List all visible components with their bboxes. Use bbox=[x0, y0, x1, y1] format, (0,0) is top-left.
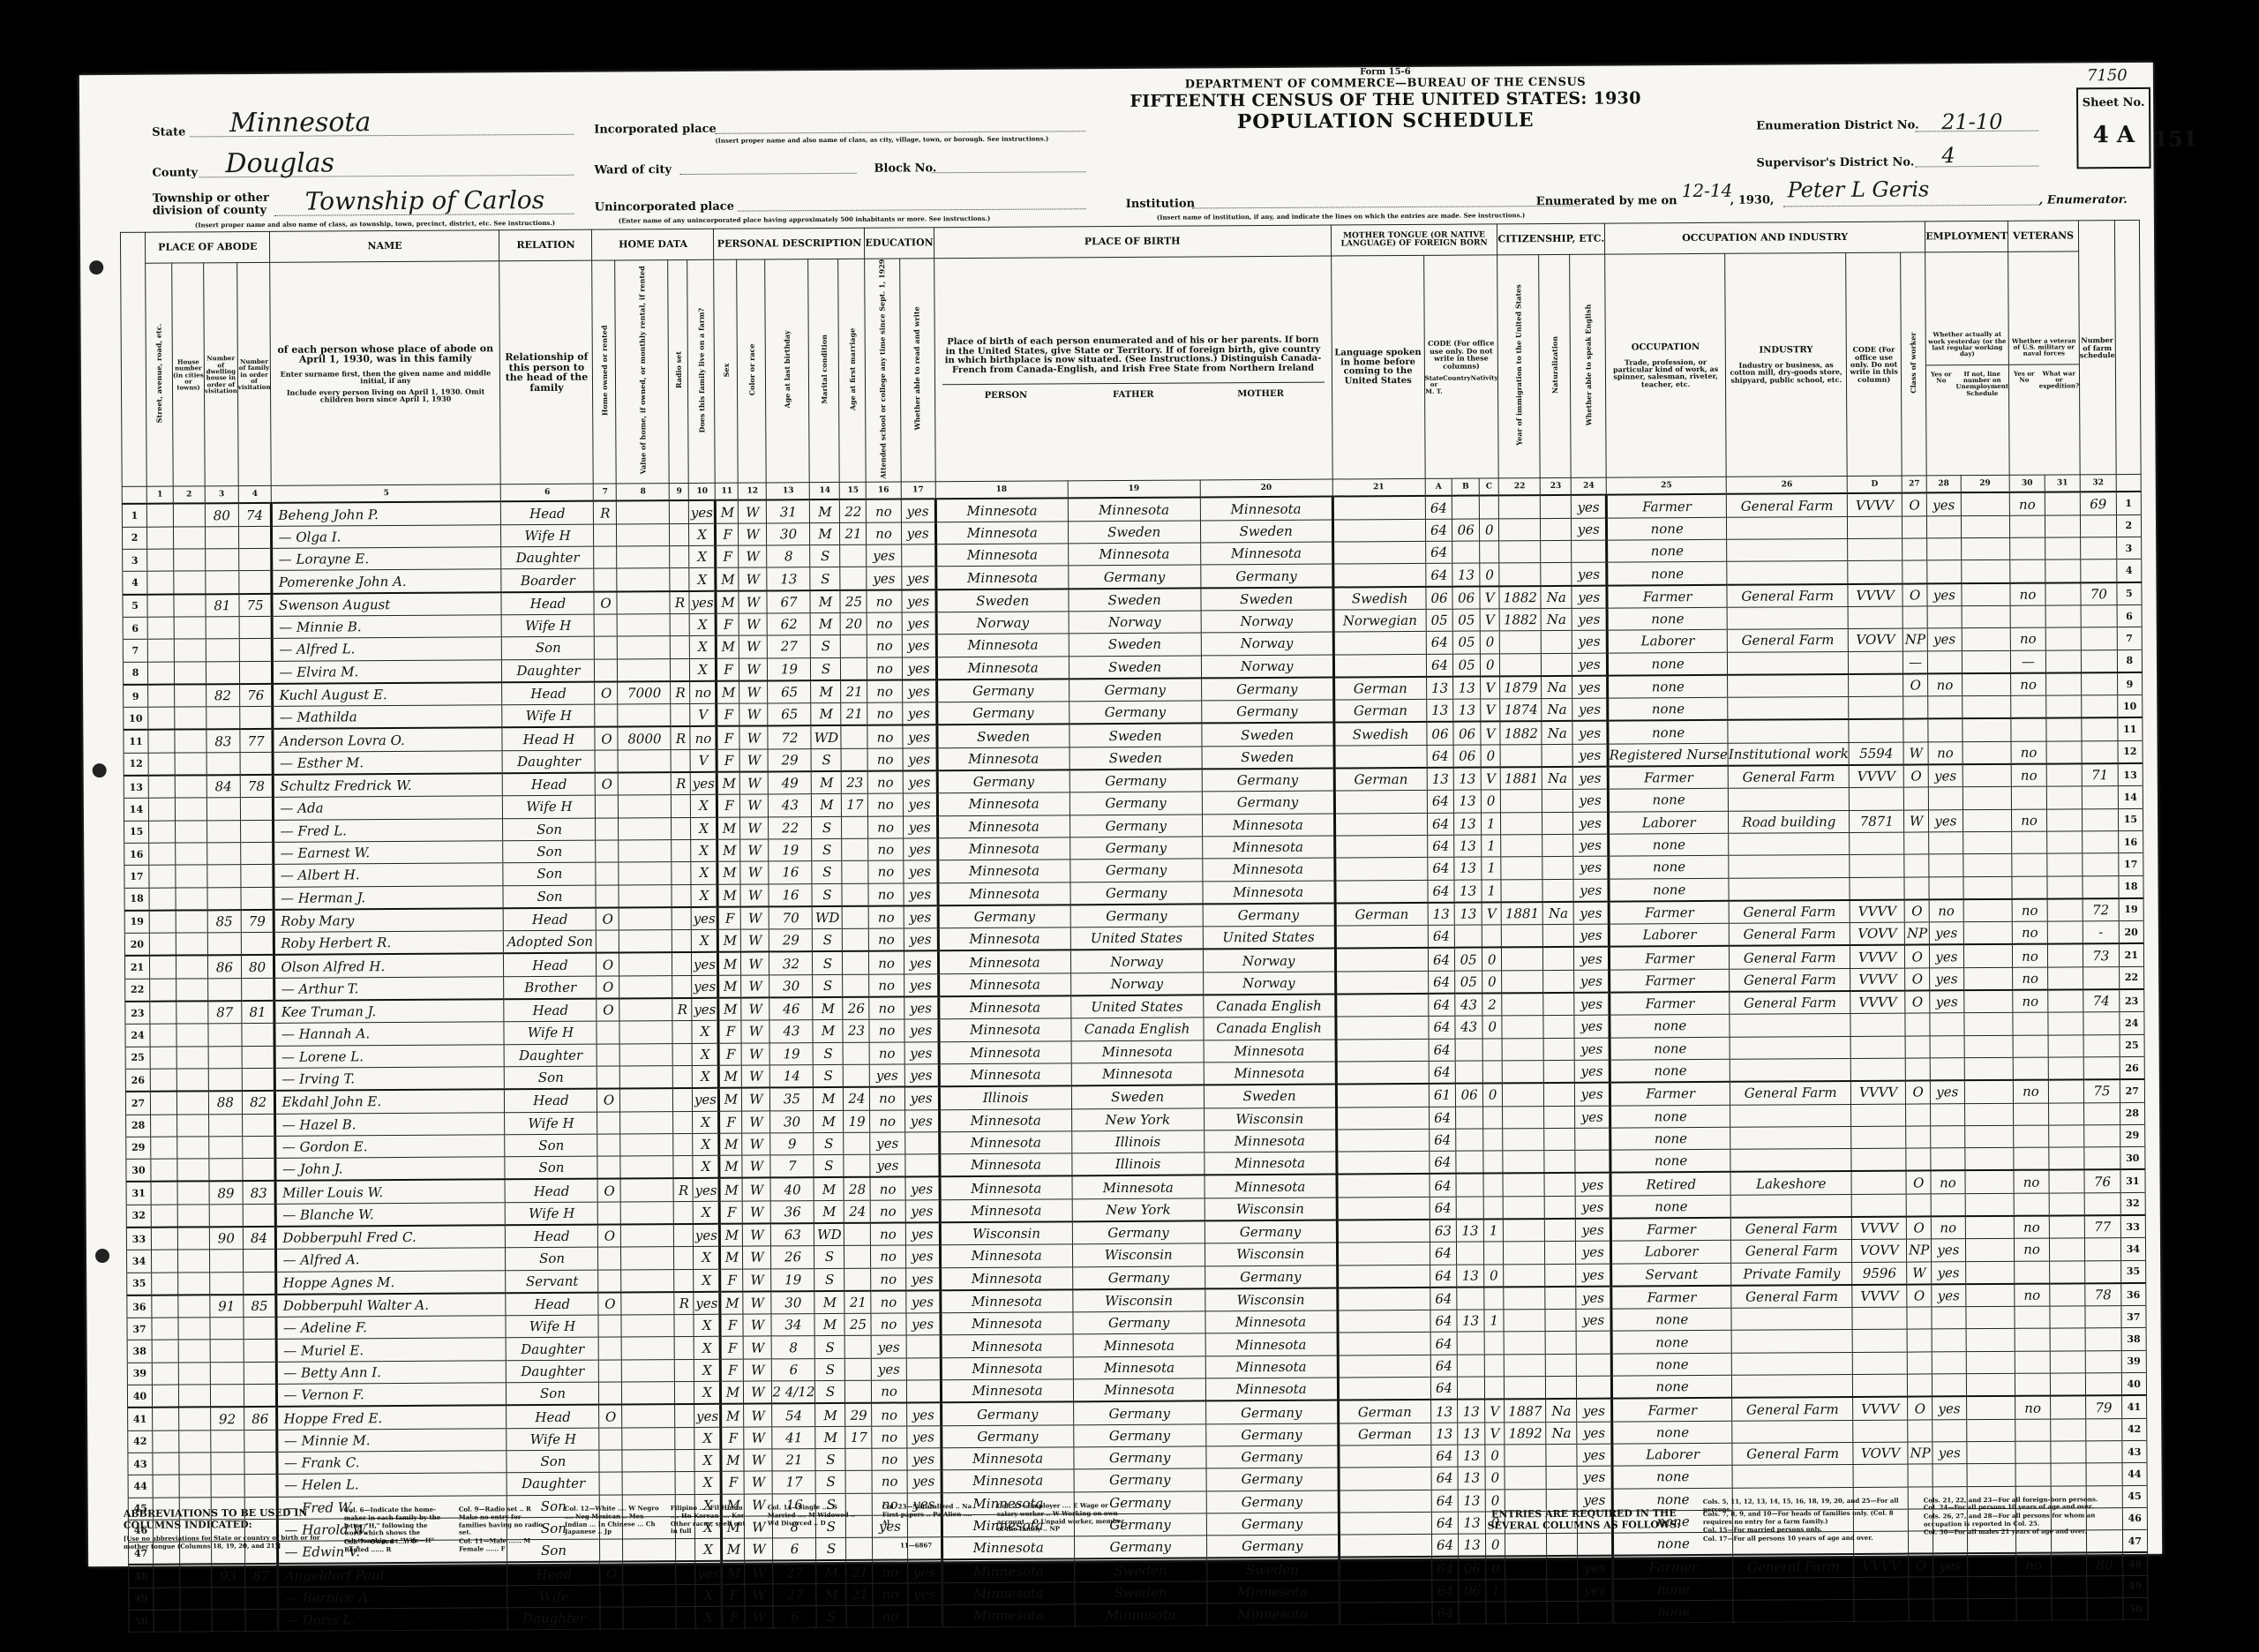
war bbox=[2049, 1238, 2084, 1261]
mother-tongue bbox=[1333, 632, 1426, 655]
father-birth-header: FATHER bbox=[1069, 391, 1197, 401]
relation: Daughter bbox=[502, 659, 595, 682]
code-b: 13 bbox=[1454, 857, 1482, 879]
at-work bbox=[1929, 876, 1963, 899]
census-schedule-page: State Minnesota County Douglas Township … bbox=[79, 63, 2162, 1566]
unemployment-line bbox=[1963, 990, 2013, 1013]
war bbox=[2050, 1260, 2085, 1283]
unemployment-line bbox=[1964, 1147, 2014, 1170]
naturalization: Na bbox=[1542, 676, 1572, 699]
industry-code bbox=[1851, 1126, 1906, 1149]
dwelling-number bbox=[210, 1385, 244, 1408]
family-number bbox=[239, 707, 273, 730]
read-write: yes bbox=[901, 522, 935, 545]
at-work: yes bbox=[1933, 1397, 1967, 1420]
code-c bbox=[1482, 1106, 1503, 1128]
unemployment-line bbox=[1964, 1125, 2014, 1148]
corner-number: 7150 bbox=[2087, 66, 2128, 85]
line-number: 14 bbox=[124, 799, 148, 821]
radio-set bbox=[670, 500, 689, 523]
radio-set bbox=[675, 1404, 694, 1427]
house-cell bbox=[177, 1182, 209, 1205]
naturalization bbox=[1541, 518, 1572, 541]
birthplace-father: Germany bbox=[1069, 769, 1202, 792]
veteran bbox=[2011, 695, 2046, 718]
line-number-right: 33 bbox=[2120, 1215, 2145, 1238]
code-b bbox=[1456, 1129, 1483, 1151]
person-name: — Adeline F. bbox=[276, 1316, 506, 1340]
industry-code: VVVV bbox=[1847, 493, 1902, 516]
birthplace-father: Minnesota bbox=[1073, 1378, 1205, 1402]
relation: Head bbox=[503, 773, 596, 796]
war bbox=[2046, 695, 2082, 718]
code-b: 06 bbox=[1453, 745, 1481, 768]
person-name: Kuchl August E. bbox=[273, 682, 502, 706]
attended-school: no bbox=[873, 1470, 907, 1493]
read-write: yes bbox=[902, 589, 936, 612]
code-a: 64 bbox=[1425, 519, 1452, 541]
home-owned bbox=[600, 1585, 623, 1607]
family-number bbox=[242, 1046, 275, 1069]
age-at-marriage bbox=[842, 816, 868, 838]
birthplace-person: Minnesota bbox=[942, 1447, 1074, 1470]
street-cell bbox=[150, 1092, 176, 1115]
age: 40 bbox=[770, 1178, 814, 1201]
home-owned: O bbox=[594, 591, 617, 614]
mother-tongue bbox=[1339, 1445, 1431, 1468]
house-cell bbox=[174, 549, 206, 572]
column-number: B bbox=[1452, 478, 1479, 496]
dwelling-number: 80 bbox=[205, 504, 238, 527]
home-owned: O bbox=[599, 1405, 622, 1428]
naturalization bbox=[1542, 879, 1573, 902]
code-a: 64 bbox=[1428, 880, 1455, 903]
table-body: 18074Beheng John P.HeadRyesMW31M22noyesM… bbox=[122, 492, 2148, 1632]
code-a: 64 bbox=[1427, 813, 1454, 835]
marital-status: S bbox=[815, 1358, 845, 1381]
class-of-worker bbox=[1907, 1352, 1932, 1374]
dwelling-number bbox=[207, 843, 241, 866]
birthplace-mother: Germany bbox=[1206, 1445, 1339, 1468]
street-cell bbox=[148, 730, 175, 753]
race: W bbox=[744, 1381, 772, 1404]
family-number bbox=[238, 526, 272, 549]
house-cell bbox=[174, 571, 206, 594]
house-cell bbox=[176, 820, 207, 843]
code-c: 0 bbox=[1481, 745, 1501, 768]
naturalization bbox=[1545, 1287, 1576, 1310]
line-number: 1 bbox=[122, 504, 146, 527]
class-of-worker: O bbox=[1904, 899, 1929, 922]
home-owned bbox=[596, 885, 619, 908]
speaks-english: yes bbox=[1573, 856, 1609, 879]
industry: General Farm bbox=[1731, 1217, 1852, 1241]
at-work: yes bbox=[1930, 990, 1964, 1013]
attended-school: yes bbox=[872, 1358, 906, 1381]
column-number: 18 bbox=[935, 481, 1068, 499]
enumerated-year: , 1930, bbox=[1730, 193, 1775, 206]
age: 49 bbox=[769, 771, 812, 794]
family-number: 83 bbox=[243, 1181, 276, 1204]
marital-status: S bbox=[814, 1155, 844, 1178]
relation: Boarder bbox=[501, 569, 594, 592]
birthplace-person: Minnesota bbox=[937, 747, 1069, 771]
radio-set bbox=[675, 1449, 694, 1471]
industry-code bbox=[1849, 696, 1903, 719]
age-at-marriage bbox=[842, 838, 868, 860]
code-c: 0 bbox=[1482, 1016, 1503, 1038]
age-at-marriage bbox=[844, 1268, 871, 1291]
naturalization bbox=[1543, 947, 1574, 970]
industry bbox=[1730, 1126, 1851, 1149]
war bbox=[2050, 1328, 2085, 1351]
occupation: Farmer bbox=[1610, 946, 1730, 970]
home-value bbox=[617, 546, 670, 569]
street-cell bbox=[154, 1588, 180, 1610]
family-number bbox=[239, 639, 273, 662]
attended-school: no bbox=[871, 1200, 905, 1223]
industry: General Farm bbox=[1729, 900, 1850, 924]
state-label: State bbox=[152, 125, 185, 139]
line-number-right: 40 bbox=[2121, 1372, 2146, 1395]
birth-header: Place of birth of each person enumerated… bbox=[934, 256, 1332, 482]
industry: General Farm bbox=[1730, 945, 1850, 969]
speaks-english: yes bbox=[1576, 1286, 1611, 1309]
family-number bbox=[241, 865, 274, 888]
home-value bbox=[619, 862, 672, 885]
code-a: 64 bbox=[1430, 1197, 1457, 1220]
birthplace-person: Minnesota bbox=[939, 1131, 1071, 1154]
sex: M bbox=[721, 1404, 744, 1427]
marital-status: M bbox=[814, 1110, 844, 1133]
war bbox=[2049, 1125, 2084, 1148]
radio-set: R bbox=[670, 591, 689, 614]
mother-tongue: German bbox=[1333, 700, 1426, 723]
home-value bbox=[622, 1359, 675, 1382]
dwelling-number bbox=[210, 1272, 244, 1295]
speaks-english bbox=[1577, 1354, 1612, 1377]
at-work: yes bbox=[1930, 945, 1964, 968]
relation: Head bbox=[506, 1225, 598, 1248]
race: W bbox=[745, 1471, 773, 1493]
industry-code bbox=[1852, 1352, 1907, 1375]
class-of-worker bbox=[1905, 1013, 1930, 1035]
age: 21 bbox=[772, 1449, 815, 1472]
home-owned bbox=[595, 659, 618, 682]
line-number: 15 bbox=[124, 821, 149, 843]
person-name: — Esther M. bbox=[274, 751, 503, 775]
speaks-english: yes bbox=[1572, 653, 1608, 676]
code-c: 0 bbox=[1480, 563, 1500, 586]
war bbox=[2045, 582, 2081, 605]
line-number: 4 bbox=[123, 572, 147, 595]
street-cell bbox=[154, 1610, 180, 1632]
sex: F bbox=[722, 1471, 745, 1493]
industry-code bbox=[1850, 877, 1904, 900]
read-write bbox=[901, 544, 935, 567]
line-number: 37 bbox=[127, 1318, 152, 1340]
entries-2: Cols. 7, 8, 9, and 10—For heads of famil… bbox=[1703, 1510, 1906, 1527]
war bbox=[2047, 853, 2083, 876]
birthplace-mother: Minnesota bbox=[1200, 542, 1332, 565]
birthplace-person: Germany bbox=[938, 905, 1070, 928]
at-work bbox=[1931, 1193, 1965, 1216]
person-name: — Betty Ann I. bbox=[277, 1361, 507, 1385]
age: 13 bbox=[767, 567, 810, 590]
house-cell bbox=[173, 504, 205, 527]
radio-set bbox=[672, 749, 691, 772]
marital-status: M bbox=[814, 1177, 844, 1200]
unemployment-line bbox=[1963, 764, 2012, 787]
relation: Wife H bbox=[502, 614, 595, 637]
person-name: — Lorayne E. bbox=[272, 547, 501, 571]
immigration-year bbox=[1504, 1310, 1545, 1333]
speaks-english: yes bbox=[1576, 1219, 1611, 1242]
birthplace-person: Minnesota bbox=[939, 1040, 1071, 1063]
war bbox=[2046, 741, 2082, 764]
on-farm: X bbox=[694, 1337, 721, 1359]
occupation: Retired bbox=[1610, 1172, 1730, 1196]
code-c bbox=[1483, 1197, 1504, 1220]
radio-set: R bbox=[671, 681, 690, 704]
age-at-marriage: 21 bbox=[846, 1560, 873, 1583]
speaks-english bbox=[1577, 1376, 1612, 1399]
home-value bbox=[622, 1427, 675, 1450]
line-number-right: 32 bbox=[2120, 1192, 2145, 1215]
family-number: 85 bbox=[244, 1295, 277, 1318]
code-a: 13 bbox=[1430, 1423, 1458, 1445]
unemployment-line bbox=[1966, 1351, 2015, 1374]
industry-code bbox=[1851, 1194, 1906, 1217]
age-at-marriage bbox=[843, 974, 869, 997]
dwelling-number bbox=[205, 526, 238, 549]
age: 6 bbox=[773, 1606, 816, 1629]
unemployment-line bbox=[1967, 1464, 2016, 1487]
at-work bbox=[1929, 787, 1963, 810]
attended-school: no bbox=[870, 1110, 904, 1133]
read-write: yes bbox=[903, 815, 937, 838]
farm-schedule-number: 73 bbox=[2083, 944, 2119, 967]
marital-header: Marital condition bbox=[808, 259, 840, 483]
birthplace-mother: Wisconsin bbox=[1204, 1108, 1336, 1130]
age: 63 bbox=[771, 1223, 814, 1246]
unemployment-line bbox=[1965, 1239, 2015, 1262]
naturalization: Na bbox=[1546, 1422, 1577, 1445]
farm-schedule-number: 69 bbox=[2080, 492, 2116, 515]
read-write: yes bbox=[904, 973, 938, 996]
veteran: no bbox=[2011, 764, 2046, 787]
birthplace-father: Germany bbox=[1070, 881, 1203, 905]
mother-tongue bbox=[1339, 1557, 1431, 1580]
employment-header: Whether actually at work yesterday (or t… bbox=[1925, 252, 2009, 476]
birthplace-mother: Minnesota bbox=[1204, 1040, 1336, 1063]
street-cell bbox=[147, 617, 174, 639]
entries-7: Cols. 26, 27, and 28—For all persons for… bbox=[1924, 1512, 2127, 1528]
industry-code bbox=[1853, 1374, 1908, 1397]
line-number: 18 bbox=[124, 888, 149, 911]
sex: F bbox=[716, 545, 739, 567]
line-number: 36 bbox=[127, 1295, 152, 1318]
read-write: yes bbox=[903, 860, 937, 883]
family-number bbox=[244, 1362, 277, 1385]
attended-school: no bbox=[868, 793, 903, 816]
race: W bbox=[739, 703, 768, 726]
class-of-worker: O bbox=[1905, 945, 1930, 968]
industry bbox=[1732, 1375, 1853, 1399]
radio-set: R bbox=[674, 1292, 694, 1315]
mother-tongue: Swedish bbox=[1334, 722, 1427, 745]
sex: M bbox=[719, 1178, 742, 1201]
house-cell bbox=[176, 956, 207, 979]
occupation: none bbox=[1609, 856, 1729, 879]
age: 27 bbox=[768, 635, 811, 658]
abbr-col23: Col. 23—Naturalized .. Na First papers .… bbox=[882, 1503, 979, 1527]
at-work bbox=[1933, 1464, 1967, 1487]
industry bbox=[1729, 832, 1850, 855]
line-number-right: 16 bbox=[2118, 830, 2143, 852]
street-cell bbox=[148, 798, 175, 820]
unemployment-line bbox=[1964, 1080, 2014, 1103]
column-number: 27 bbox=[1902, 476, 1926, 493]
unemployment-line bbox=[1961, 537, 2010, 560]
birthplace-father: Sweden bbox=[1069, 656, 1201, 680]
occupation: none bbox=[1610, 1015, 1730, 1038]
immigration-year: 1874 bbox=[1500, 699, 1542, 722]
farm-schedule-number bbox=[2085, 1373, 2121, 1396]
class-of-worker: O bbox=[1903, 764, 1928, 787]
birthplace-person: Minnesota bbox=[939, 1063, 1071, 1087]
farm-schedule-number bbox=[2087, 1575, 2123, 1598]
naturalization bbox=[1544, 1173, 1575, 1196]
speaks-english: yes bbox=[1573, 879, 1609, 902]
immigration-year bbox=[1505, 1332, 1546, 1355]
family-number bbox=[240, 752, 274, 775]
at-work bbox=[1927, 515, 1962, 538]
industry: General Farm bbox=[1733, 1554, 1854, 1578]
age-at-marriage: 29 bbox=[845, 1403, 872, 1426]
war bbox=[2048, 1057, 2083, 1080]
immigration-year: 1892 bbox=[1505, 1422, 1546, 1445]
dwelling-number bbox=[211, 1453, 244, 1476]
relation: Brother bbox=[504, 976, 597, 999]
line-number: 41 bbox=[128, 1408, 153, 1430]
sex: F bbox=[720, 1269, 743, 1292]
person-name: Pomerenke John A. bbox=[272, 569, 501, 593]
naturalization bbox=[1544, 1150, 1575, 1173]
code-a: 64 bbox=[1431, 1557, 1459, 1580]
unemployment-line bbox=[1962, 718, 2011, 741]
farm-schedule-number bbox=[2082, 672, 2118, 695]
veteran bbox=[2012, 831, 2047, 854]
age: 65 bbox=[768, 680, 811, 703]
line-number-right: 29 bbox=[2120, 1124, 2144, 1146]
on-farm: X bbox=[694, 1247, 720, 1269]
home-owned bbox=[598, 1247, 621, 1269]
code-c bbox=[1484, 1355, 1505, 1377]
immigration-year bbox=[1501, 812, 1542, 835]
occupation: none bbox=[1607, 562, 1727, 586]
mother-tongue bbox=[1335, 880, 1428, 903]
immigration-year bbox=[1500, 744, 1542, 767]
line-number-right: 23 bbox=[2120, 989, 2144, 1012]
column-number: 30 bbox=[2009, 476, 2045, 493]
class-of-worker: O bbox=[1905, 968, 1930, 991]
line-number-right: 50 bbox=[2123, 1597, 2148, 1619]
street-cell bbox=[149, 821, 176, 843]
sex: M bbox=[718, 952, 741, 975]
veteran: no bbox=[2014, 1216, 2049, 1239]
birthplace-person: Minnesota bbox=[937, 837, 1069, 860]
birthplace-mother: Minnesota bbox=[1205, 1333, 1338, 1355]
code-c bbox=[1483, 1242, 1504, 1264]
family-number bbox=[245, 1587, 279, 1610]
mother-tongue bbox=[1332, 564, 1425, 587]
immigration-year bbox=[1505, 1377, 1546, 1400]
immigration-year bbox=[1505, 1467, 1546, 1490]
house-cell bbox=[176, 843, 207, 866]
enumerated-label: Enumerated by me on bbox=[1536, 194, 1677, 208]
code-b: 05 bbox=[1453, 631, 1481, 653]
marital-status: S bbox=[812, 838, 842, 861]
race: W bbox=[743, 1291, 771, 1314]
war bbox=[2045, 492, 2080, 515]
code-b bbox=[1456, 1061, 1483, 1084]
industry: General Farm bbox=[1728, 765, 1849, 789]
class-of-worker: O bbox=[1906, 1081, 1931, 1104]
attended-school: no bbox=[869, 905, 904, 928]
home-value bbox=[619, 930, 672, 953]
industry-code bbox=[1854, 1599, 1909, 1622]
naturalization bbox=[1543, 1038, 1574, 1061]
home-value bbox=[617, 568, 670, 591]
birthplace-person: Minnesota bbox=[937, 860, 1069, 882]
veteran: no bbox=[2010, 627, 2045, 650]
industry: General Farm bbox=[1727, 493, 1848, 517]
birthplace-father: Germany bbox=[1074, 1446, 1206, 1469]
home-owned bbox=[599, 1382, 622, 1405]
mother-tongue bbox=[1336, 1039, 1429, 1062]
war bbox=[2046, 808, 2082, 831]
relation: Wife H bbox=[503, 795, 596, 818]
dwelling-number bbox=[207, 887, 241, 910]
occupation: none bbox=[1610, 1149, 1730, 1173]
age-at-marriage: 21 bbox=[841, 702, 867, 725]
line-number: 42 bbox=[128, 1430, 153, 1453]
veteran bbox=[2013, 1012, 2048, 1035]
code-c: 1 bbox=[1481, 813, 1501, 835]
supervisor-value: 4 bbox=[1941, 143, 1955, 168]
incorporated-note: (Insert proper name and also name of cla… bbox=[715, 134, 1048, 144]
war bbox=[2050, 1373, 2085, 1396]
home-value bbox=[621, 1201, 674, 1224]
war bbox=[2047, 921, 2083, 944]
on-farm: X bbox=[691, 817, 717, 839]
on-farm: X bbox=[693, 1111, 719, 1133]
birthplace-mother: Germany bbox=[1205, 1423, 1338, 1446]
street-cell bbox=[151, 1182, 177, 1205]
code-a: 64 bbox=[1430, 1288, 1457, 1310]
speaks-english: yes bbox=[1577, 1466, 1612, 1489]
immigration-year bbox=[1504, 1264, 1545, 1287]
unemployment-line bbox=[1963, 876, 2013, 899]
sex: M bbox=[717, 884, 740, 907]
relation: Head H bbox=[502, 727, 595, 750]
immigration-year bbox=[1503, 1060, 1544, 1083]
read-write bbox=[906, 1358, 941, 1381]
street-cell bbox=[149, 910, 176, 933]
house-cell bbox=[176, 1046, 208, 1069]
race: W bbox=[745, 1606, 773, 1628]
